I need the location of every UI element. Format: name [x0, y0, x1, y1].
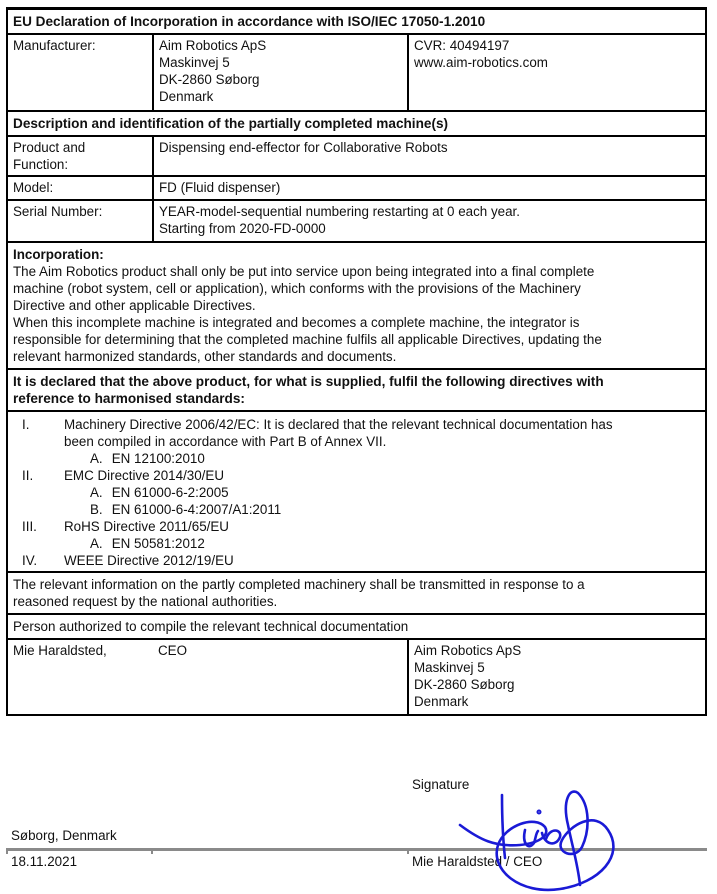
standard-item: A. EN 50581:2012 — [8, 535, 705, 552]
standard-item: B. EN 61000-6-4:2007/A1:2011 — [8, 501, 705, 518]
directive-number: IV. — [8, 552, 64, 569]
manufacturer-registration: CVR: 40494197 www.aim-robotics.com — [409, 35, 705, 110]
authorized-address: Aim Robotics ApS Maskinvej 5 DK-2860 Søb… — [409, 640, 705, 714]
serial-value: YEAR-model-sequential numbering restarti… — [154, 201, 705, 241]
date: 18.11.2021 — [11, 853, 77, 870]
directive-number: I. — [8, 416, 64, 433]
manufacturer-label: Manufacturer: — [8, 35, 154, 110]
incorporation-heading: Incorporation: — [13, 246, 701, 263]
directive-number: II. — [8, 467, 64, 484]
standard-label: B. — [90, 501, 108, 518]
directive-text: RoHS Directive 2011/65/EU — [64, 518, 705, 535]
signature-strokes — [460, 792, 613, 890]
address-line: Maskinvej 5 — [159, 54, 403, 71]
serial-line: YEAR-model-sequential numbering restarti… — [159, 203, 701, 220]
directive-text: EMC Directive 2014/30/EU — [64, 467, 705, 484]
declaration-heading: It is declared that the above product, f… — [8, 370, 705, 410]
authorized-heading: Person authorized to compile the relevan… — [8, 615, 705, 638]
address-line: Denmark — [414, 693, 701, 710]
signature-line — [6, 848, 707, 851]
standard-text: EN 61000-6-4:2007/A1:2011 — [112, 502, 282, 517]
description-heading-row: Description and identification of the pa… — [6, 112, 707, 137]
signature-label: Signature — [412, 776, 469, 793]
incorporation-row: Incorporation: The Aim Robotics product … — [6, 243, 707, 370]
manufacturer-row: Manufacturer: Aim Robotics ApS Maskinvej… — [6, 35, 707, 112]
transmission-line: reasoned request by the national authori… — [13, 593, 701, 610]
serial-label: Serial Number: — [8, 201, 154, 241]
standard-label: A. — [90, 450, 108, 467]
model-label: Model: — [8, 177, 154, 199]
handwritten-signature — [450, 785, 640, 894]
incorporation-line: machine (robot system, cell or applicati… — [13, 280, 701, 297]
product-value: Dispensing end-effector for Collaborativ… — [154, 137, 705, 175]
incorporation-line: When this incomplete machine is integrat… — [13, 314, 701, 331]
declaration-document: EU Declaration of Incorporation in accor… — [6, 7, 707, 716]
address-line: Denmark — [159, 88, 403, 105]
product-label: Product and Function: — [8, 137, 154, 175]
transmission-statement: The relevant information on the partly c… — [8, 573, 705, 613]
document-title: EU Declaration of Incorporation in accor… — [8, 10, 705, 33]
standard-text: EN 61000-6-2:2005 — [112, 485, 229, 500]
serial-row: Serial Number: YEAR-model-sequential num… — [6, 201, 707, 243]
line-tick — [407, 848, 409, 854]
model-value: FD (Fluid dispenser) — [154, 177, 705, 199]
serial-line: Starting from 2020-FD-0000 — [159, 220, 701, 237]
incorporation-line: responsible for determining that the com… — [13, 331, 701, 348]
directives-row: I.Machinery Directive 2006/42/EC: It is … — [6, 412, 707, 573]
manufacturer-address: Aim Robotics ApS Maskinvej 5 DK-2860 Søb… — [154, 35, 409, 110]
declaration-heading-line: reference to harmonised standards: — [13, 390, 701, 407]
line-tick — [151, 848, 153, 854]
directive-item: III.RoHS Directive 2011/65/EU A. EN 5058… — [8, 518, 705, 552]
directive-text: Machinery Directive 2006/42/EC: It is de… — [64, 416, 705, 433]
address-line: Maskinvej 5 — [414, 659, 701, 676]
authorized-row: Mie Haraldsted, CEO Aim Robotics ApS Mas… — [6, 640, 707, 716]
incorporation-line: The Aim Robotics product shall only be p… — [13, 263, 701, 280]
address-line: DK-2860 Søborg — [414, 676, 701, 693]
standard-label: A. — [90, 535, 108, 552]
standard-item: A. EN 12100:2010 — [8, 450, 705, 467]
directive-number: III. — [8, 518, 64, 535]
address-line: DK-2860 Søborg — [159, 71, 403, 88]
website: www.aim-robotics.com — [414, 54, 701, 71]
line-tick — [6, 848, 8, 854]
declaration-heading-line: It is declared that the above product, f… — [13, 373, 701, 390]
directive-item: I.Machinery Directive 2006/42/EC: It is … — [8, 416, 705, 467]
directive-text: WEEE Directive 2012/19/EU — [64, 552, 705, 569]
standard-item: A. EN 61000-6-2:2005 — [8, 484, 705, 501]
standard-label: A. — [90, 484, 108, 501]
description-heading: Description and identification of the pa… — [8, 112, 705, 135]
authorized-heading-row: Person authorized to compile the relevan… — [6, 615, 707, 640]
place: Søborg, Denmark — [11, 827, 117, 844]
transmission-line: The relevant information on the partly c… — [13, 576, 701, 593]
directive-item: II.EMC Directive 2014/30/EU A. EN 61000-… — [8, 467, 705, 518]
standard-text: EN 50581:2012 — [112, 536, 205, 551]
directive-text: been compiled in accordance with Part B … — [64, 433, 705, 450]
product-label-line: Function: — [13, 156, 148, 173]
transmission-row: The relevant information on the partly c… — [6, 573, 707, 615]
address-line: Aim Robotics ApS — [159, 37, 403, 54]
cvr-number: CVR: 40494197 — [414, 37, 701, 54]
product-label-line: Product and — [13, 139, 148, 156]
incorporation-line: relevant harmonized standards, other sta… — [13, 348, 701, 365]
standard-text: EN 12100:2010 — [112, 451, 205, 466]
authorized-name: Mie Haraldsted, — [13, 642, 158, 712]
declaration-heading-row: It is declared that the above product, f… — [6, 370, 707, 412]
address-line: Aim Robotics ApS — [414, 642, 701, 659]
signatory: Mie Haraldsted / CEO — [412, 853, 542, 870]
product-row: Product and Function: Dispensing end-eff… — [6, 137, 707, 177]
model-row: Model: FD (Fluid dispenser) — [6, 177, 707, 201]
incorporation-section: Incorporation: The Aim Robotics product … — [8, 243, 705, 368]
title-row: EU Declaration of Incorporation in accor… — [6, 7, 707, 35]
authorized-role: CEO — [158, 642, 187, 712]
directive-item: IV.WEEE Directive 2012/19/EU — [8, 552, 705, 569]
incorporation-line: Directive and other applicable Directive… — [13, 297, 701, 314]
directives-list: I.Machinery Directive 2006/42/EC: It is … — [8, 412, 705, 571]
authorized-person: Mie Haraldsted, CEO — [8, 640, 409, 714]
